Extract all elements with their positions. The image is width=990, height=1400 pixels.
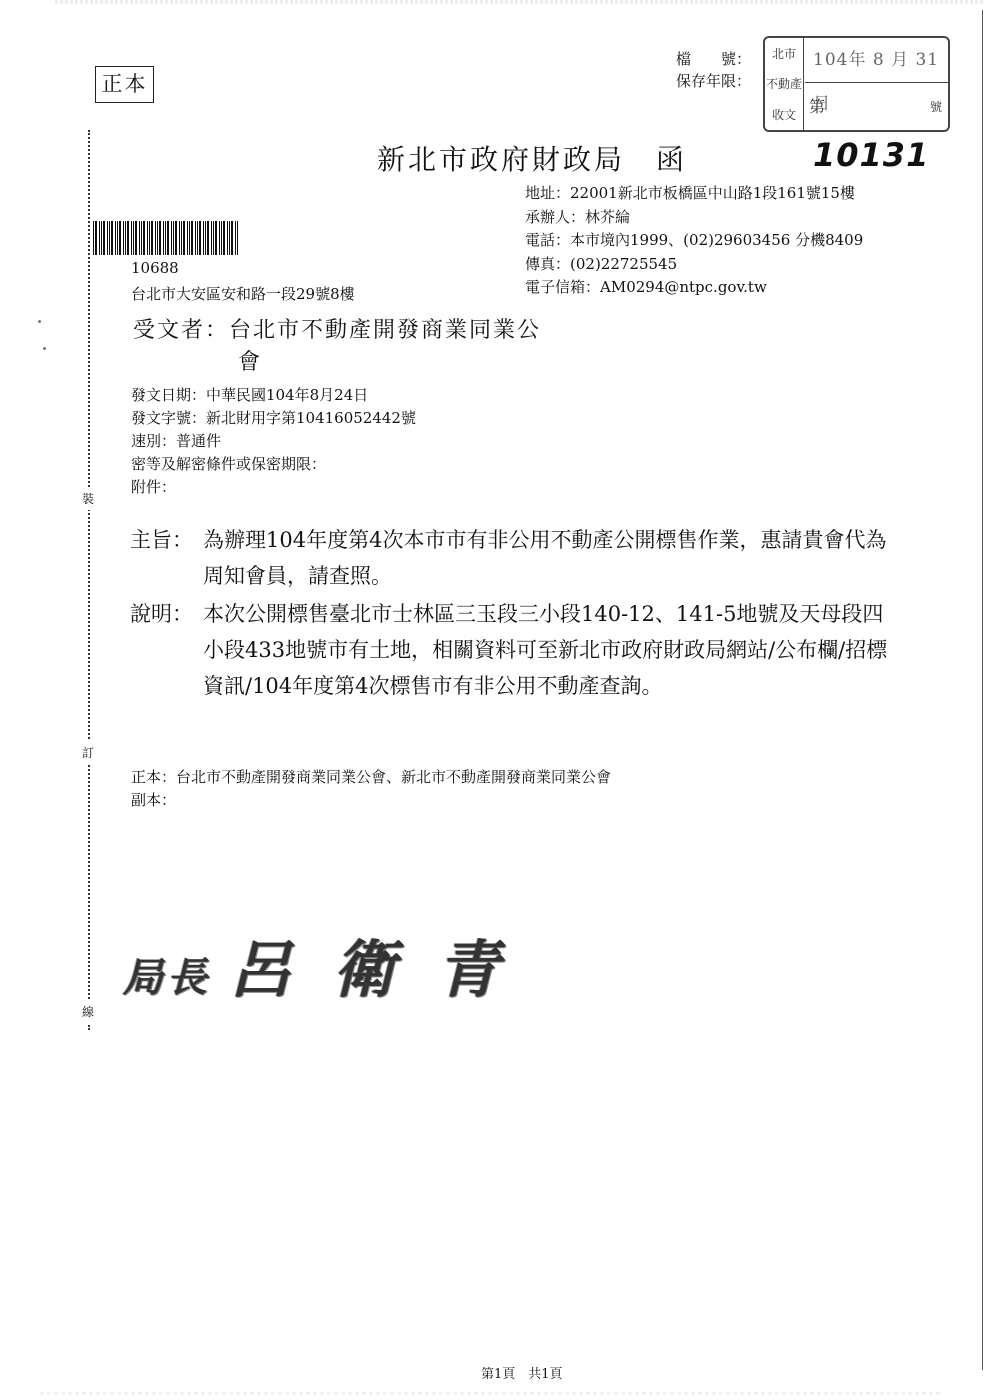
file-number-label: 檔 號： [676, 48, 751, 70]
signature-title: 局長 [123, 954, 211, 1001]
recipient-label: 受文者： [133, 318, 229, 343]
issue-meta-block: 發文日期：中華民國104年8月24日 發文字號：新北財用字第1041605244… [131, 384, 416, 499]
document-body: 主旨： 為辦理104年度第4次本市市有非公用不動產公開標售作業，惠請貴會代為周知… [130, 522, 903, 706]
archive-info: 檔 號： 保存年限： [676, 48, 751, 92]
binding-dotted-line [88, 130, 90, 1030]
subject-label: 主旨： [130, 522, 203, 594]
mailing-zip: 10688 [131, 259, 179, 277]
binding-mark-zhuang: 裝 [76, 487, 100, 510]
delivery-speed: 速別：普通件 [131, 430, 416, 453]
stamp-org-top: 北市 [772, 45, 796, 62]
signature-name-3: 青 [437, 933, 503, 1006]
recipient-block: 受文者：台北市不動產開發商業同業公 會 [133, 315, 541, 379]
issue-number: 發文字號：新北財用字第10416052442號 [131, 407, 416, 430]
scan-edge-noise-top [55, 0, 985, 4]
copy-marker-box: 正本 [95, 66, 154, 103]
scan-edge-noise-bottom [40, 1392, 940, 1395]
recipient-name-line2: 會 [133, 347, 541, 379]
distribution-original: 正本：台北市不動產開發商業同業公會、新北市不動產開發商業同業公會 [131, 766, 611, 789]
distribution-copy: 副本： [131, 789, 611, 812]
document-title: 新北市政府財政局 函 [377, 138, 687, 178]
subject-text: 為辦理104年度第4次本市市有非公用不動產公開標售作業，惠請貴會代為周知會員，請… [203, 522, 903, 594]
stamp-org-bottom: 收文 [772, 106, 796, 123]
sender-email: 電子信箱：AM0294@ntpc.gov.tw [525, 276, 863, 300]
attachments: 附件： [131, 476, 416, 499]
scan-right-edge-line [982, 10, 983, 1370]
sender-fax: 傳真：(02)22725545 [525, 253, 863, 277]
explanation-label: 說明： [130, 596, 203, 704]
binding-mark-ding: 訂 [76, 741, 100, 764]
stamp-org-middle: 不動產 [766, 75, 802, 92]
page-footer: 第1頁 共1頁 [481, 1363, 563, 1382]
stamp-date: 104年 8 月 31 日 [805, 38, 948, 83]
stamp-org: 北市 不動產 收文 [765, 38, 804, 130]
sender-contact-block: 地址：22001新北市板橋區中山路1段161號15樓 承辦人：林芥綸 電話：本市… [525, 182, 863, 300]
scan-speck [38, 320, 41, 323]
sender-address: 地址：22001新北市板橋區中山路1段161號15樓 [525, 182, 863, 206]
stamp-number-prefix: 第 [809, 97, 825, 116]
binding-mark-xian: 線 [76, 1000, 100, 1023]
stamp-number: 第 10131 號 [805, 84, 948, 130]
explanation-text: 本次公開標售臺北市士林區三玉段三小段140-12、141-5地號及天母段四小段4… [203, 596, 903, 704]
mailing-address: 台北市大安區安和路一段29號8樓 [131, 283, 355, 304]
subject-paragraph: 主旨： 為辦理104年度第4次本市市有非公用不動產公開標售作業，惠請貴會代為周知… [130, 522, 903, 594]
signature-name-1: 呂 [229, 933, 295, 1006]
distribution-block: 正本：台北市不動產開發商業同業公會、新北市不動產開發商業同業公會 副本： [131, 766, 611, 812]
scan-speck [43, 347, 46, 350]
recipient-name-line1: 台北市不動產開發商業同業公 [229, 318, 541, 343]
postal-barcode [93, 221, 239, 255]
signature-name-2: 衛 [333, 933, 399, 1006]
issue-date: 發文日期：中華民國104年8月24日 [131, 384, 416, 407]
retention-period-label: 保存年限： [676, 70, 751, 92]
receipt-stamp: 北市 不動產 收文 104年 8 月 31 日 第 10131 號 [763, 36, 950, 132]
stamp-handwritten-number: 10131 [813, 136, 929, 174]
director-signature: 局長呂衛青 [123, 920, 541, 1009]
explanation-paragraph: 說明： 本次公開標售臺北市士林區三玉段三小段140-12、141-5地號及天母段… [130, 596, 903, 704]
confidentiality: 密等及解密條件或保密期限： [131, 453, 416, 476]
sender-phone: 電話：本市境內1999、(02)29603456 分機8409 [525, 229, 863, 253]
sender-handler: 承辦人：林芥綸 [525, 206, 863, 230]
stamp-number-suffix: 號 [930, 84, 942, 130]
